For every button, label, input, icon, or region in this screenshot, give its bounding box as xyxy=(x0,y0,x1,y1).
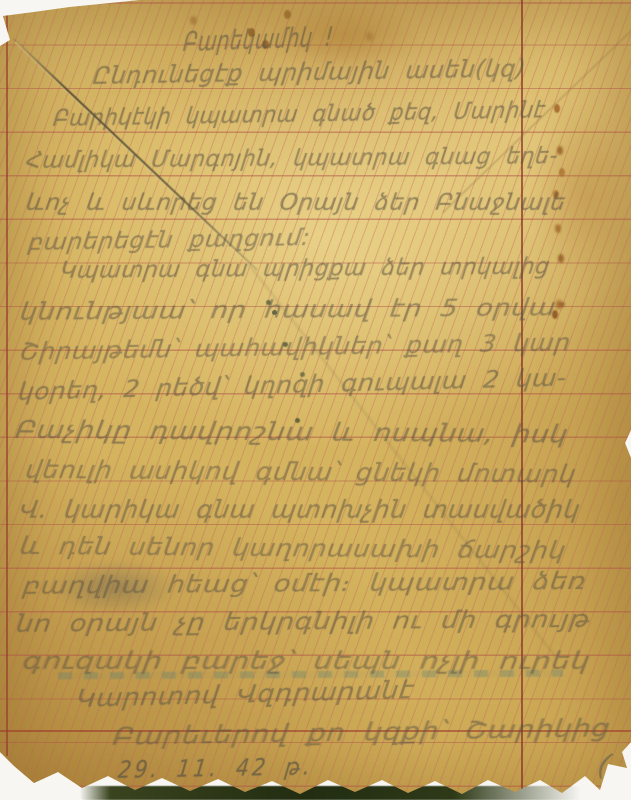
letter-heading: Բարեկամիկ ! xyxy=(182,23,335,58)
letter-signoff: Բարեւերով քո կզքի՝ Շարիկից xyxy=(111,713,612,751)
handwriting-line: Բարիկէկի կպատրա գնած քեզ, Մարինէ xyxy=(52,97,547,132)
scanner-shadow-strip xyxy=(80,786,580,800)
scanned-letter: Բարեկամիկ !Ընդունեցէք պրիմային ասեն(կզ)Բ… xyxy=(0,0,631,800)
paper-sheet: Բարեկամիկ !Ընդունեցէք պրիմային ասեն(կզ)Բ… xyxy=(0,0,631,800)
handwriting-line: բարերեցէն քաղցում: xyxy=(27,225,312,256)
handwriting-line: բաղվիա հեաց՝ օմէի։ կպատրա ձեռ xyxy=(21,567,588,600)
handwriting-line: Բաչիկը դավրոշնա և ոսպնա, իսկ xyxy=(14,415,571,449)
handwriting-line: նո օրայն չը երկրգնիլի ու մի գրույթ xyxy=(14,605,592,638)
letter-date: 29. 11. 42 թ. xyxy=(117,753,316,784)
letter-signoff: Կարոտով Վզդրարանէ xyxy=(75,675,415,713)
handwriting-line: Համլիկա Մարգոյին, կպատրա գնաց եղե- xyxy=(25,143,560,174)
handwriting-line: և դեն սենոր կաղորասախի ճարշիկ xyxy=(18,532,568,565)
handwriting-line: Ընդունեցէք պրիմային ասեն(կզ) xyxy=(92,54,528,90)
handwriting-line: Շիրայթեմն՝ պահավիկներ՝ քաղ 3 կար xyxy=(19,328,573,366)
handwriting-line: կօրեղ, 2 րեծվ՝ կղոզի գուպալա 2 կա- xyxy=(17,364,568,406)
handwriting-line: Վ. կարիկա գնա պտոխչին տասվածիկ xyxy=(18,495,582,524)
handwriting-line: Կպատրա գնա պրիցքա ձեր տրկալից xyxy=(59,254,552,284)
handwriting-line: գուզակի բարեջ՝ սեպն ոչլի ուրեկ xyxy=(21,647,592,675)
handwriting-line: կնունթյաա՝ որ հասավ էր 5 օրվա xyxy=(18,293,558,326)
handwriting-layer: Բարեկամիկ !Ընդունեցէք պրիմային ասեն(կզ)Բ… xyxy=(0,0,631,800)
handwriting-line: վեուլի ասիկով գմնա՝ ցնեկի մոտարկ xyxy=(24,455,578,489)
handwriting-line: ևոչ և սևորեց են Օրայն ձեր Բնաջնալե xyxy=(24,190,567,216)
